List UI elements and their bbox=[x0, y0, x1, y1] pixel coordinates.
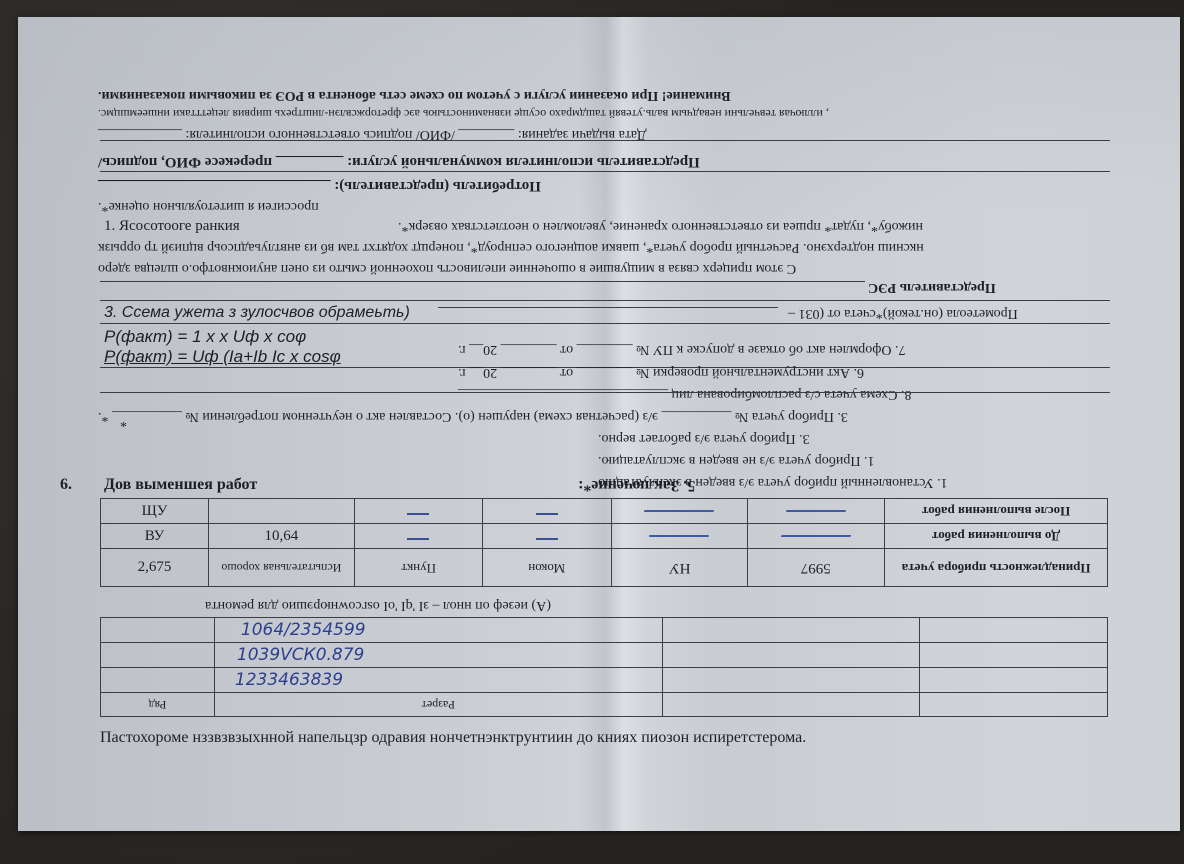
item-3c-line: 3. Прибор учета э/з работает верно. bbox=[598, 430, 1098, 446]
handwritten-serial: 1233463839 bbox=[214, 668, 662, 693]
handwritten-squiggle bbox=[781, 535, 852, 537]
divider bbox=[100, 300, 1110, 301]
header-fineprint: , иллючая тевчельни невадчым валь.утевяй… bbox=[98, 106, 1098, 121]
item-3-label: 3. Ссема ужета з зулосчвов обрамеьть) bbox=[104, 304, 410, 322]
cell-value bbox=[209, 499, 355, 524]
cell-value: НУ bbox=[612, 559, 748, 576]
fill-line bbox=[438, 307, 778, 308]
divider bbox=[100, 323, 1110, 324]
handwritten-squiggle bbox=[644, 510, 715, 512]
handwritten-dash bbox=[536, 513, 558, 515]
cell-signature bbox=[611, 524, 748, 549]
cell-dash bbox=[354, 524, 482, 549]
handwritten-dash bbox=[407, 513, 429, 515]
table-row: 2,675 Испытательная хорошо Пункт Мокон Н… bbox=[101, 549, 1108, 587]
table-row: ЩУ После выполнения работ bbox=[101, 499, 1108, 524]
item-3b-line: 3. Прибор учета № __________ э/з (расчет… bbox=[98, 408, 1098, 424]
section-5-title: 5. Заключение*: bbox=[578, 476, 768, 494]
cell-dash bbox=[483, 524, 611, 549]
table-row: 1039VСК0.879 bbox=[101, 643, 1108, 668]
table-row: Ряд Разрет bbox=[101, 693, 1108, 717]
section-6-title: Дов выменшея работ bbox=[104, 476, 257, 494]
header-notice: Внимание! При оказании услуги с учетом п… bbox=[98, 87, 1098, 103]
cell-value: 10,64 bbox=[209, 524, 355, 549]
item-6-line: 6. Акт инструментальной проверки № _____… bbox=[458, 364, 1098, 380]
handwritten-serial: 1039VСК0.879 bbox=[214, 643, 662, 668]
row-label: Принадлежность прибора учета bbox=[885, 560, 1107, 576]
table-row: 1233463839 bbox=[101, 668, 1108, 693]
cell-signature bbox=[611, 499, 748, 524]
handwritten-dash bbox=[536, 538, 558, 540]
provider-representative-line: Представитель исполнителя коммунальной у… bbox=[98, 153, 1098, 170]
column-header: Разрет bbox=[215, 697, 662, 712]
divider bbox=[100, 281, 865, 282]
cell-value: ЩУ bbox=[101, 499, 209, 524]
item-8-line: 8. Схема учета с/з распломбирована лиц _… bbox=[458, 386, 1098, 402]
cell-value: 2,675 bbox=[101, 549, 209, 587]
cell-signature bbox=[748, 524, 885, 549]
footer-text: Пастохороме нззвзвзыхнной напельцзр одра… bbox=[100, 729, 806, 747]
document-sheet: Внимание! При оказании услуги с учетом п… bbox=[18, 17, 1180, 831]
cell-value: Мокон bbox=[483, 560, 610, 576]
paragraph-line: нксниш нодтерхэно. Расчетный пробор учет… bbox=[98, 239, 1098, 255]
paragraph-line: нижобу*, пудат* пршеа из ответственного … bbox=[398, 218, 1098, 234]
cell-dash bbox=[354, 499, 482, 524]
section-6-number: 6. bbox=[60, 476, 72, 494]
item-1b-line: 1. Прибор учета э/з не введен в эксплуат… bbox=[598, 452, 1098, 468]
divider bbox=[100, 140, 1110, 141]
handwritten-squiggle bbox=[786, 510, 846, 512]
divider bbox=[100, 392, 1110, 393]
item-7-line: 7. Оформлен акт об отказе в допуске к ПУ… bbox=[458, 341, 1098, 357]
header-line: проссигеи я шитетоуяльнон оценке*. bbox=[98, 198, 1098, 214]
repair-note: (А) иезеф оп ннол – зI 'qI 'оI оѕгсоwнюр… bbox=[168, 597, 588, 613]
cell-value: ВУ bbox=[101, 524, 209, 549]
handwritten-squiggle bbox=[649, 535, 709, 537]
cell-value: Пункт bbox=[355, 560, 482, 576]
divider bbox=[100, 171, 1110, 172]
handwritten-serial: 1064/2354599 bbox=[214, 618, 662, 643]
table-row: ВУ 10,64 До выполнения работ bbox=[101, 524, 1108, 549]
asterisk-mark: * bbox=[120, 420, 127, 436]
cell-value: 5997 bbox=[748, 559, 884, 576]
item-3-right: Прометеола (он.текой)*счета от (031 – bbox=[788, 305, 1098, 321]
formula-three-phase: P(факт) = Uф (Ia+Ib Ic x cosφ bbox=[104, 347, 341, 367]
item-1-label: 1. Ясосотооге ранкия bbox=[104, 218, 240, 235]
row-label: После выполнения работ bbox=[885, 503, 1107, 519]
serial-numbers-table: 1064/2354599 1039VСК0.879 1233463839 Ряд… bbox=[100, 617, 1108, 717]
paragraph-line: С этом прицерх связа в мищувшие в ошочен… bbox=[98, 260, 1098, 276]
work-results-table: ЩУ После выполнения работ ВУ 10,64 До вы… bbox=[100, 498, 1108, 587]
cell-value: Испытательная хорошо bbox=[209, 560, 354, 575]
consumer-line: Потребитель (представитель): ___________… bbox=[98, 177, 1098, 194]
row-label: До выполнения работ bbox=[885, 528, 1107, 544]
cell-signature bbox=[748, 499, 885, 524]
handwritten-dash bbox=[407, 538, 429, 540]
table-row: 1064/2354599 bbox=[101, 618, 1108, 643]
res-representative-label: Представитель РЭС bbox=[868, 279, 1098, 295]
column-header: Ряд bbox=[101, 697, 214, 712]
cell-dash bbox=[483, 499, 611, 524]
formula-single-phase: P(факт) = 1 x x Uф x coφ bbox=[104, 327, 306, 347]
